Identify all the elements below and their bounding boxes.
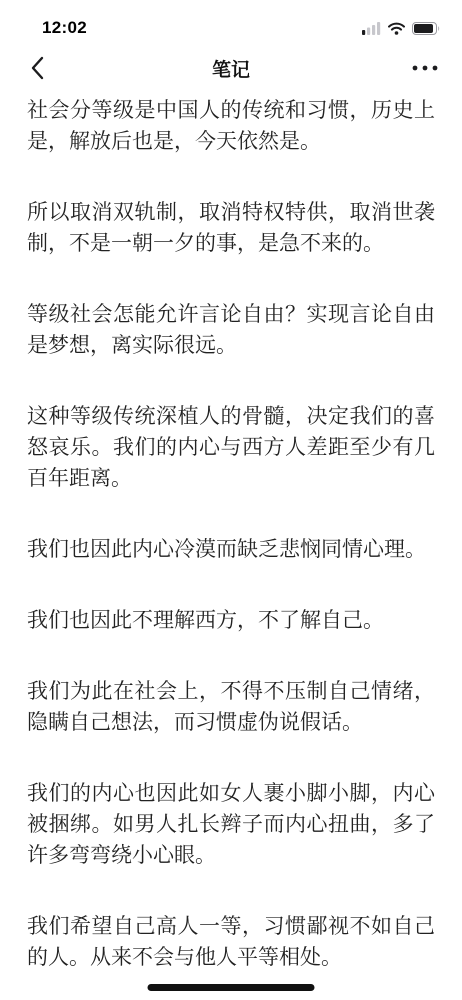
note-paragraph: 这种等级传统深植人的骨髓，决定我们的喜怒哀乐。我们的内心与西方人差距至少有几百年… xyxy=(27,401,435,494)
battery-icon xyxy=(412,22,440,35)
note-paragraph: 我们希望自己高人一等，习惯鄙视不如自己的人。从来不会与他人平等相处。 xyxy=(27,911,435,973)
note-paragraph: 我们也因此不理解西方，不了解自己。 xyxy=(27,605,435,636)
note-paragraph: 我们也因此内心冷漠而缺乏悲悯同情心理。 xyxy=(27,534,435,565)
note-paragraph: 等级社会怎能允许言论自由？实现言论自由是梦想，离实际很远。 xyxy=(27,299,435,361)
back-button[interactable] xyxy=(20,51,54,85)
cellular-signal-icon xyxy=(362,22,381,35)
more-button[interactable] xyxy=(408,51,442,85)
note-paragraph: 我们为此在社会上，不得不压制自己情绪，隐瞒自己想法，而习惯虚伪说假话。 xyxy=(27,676,435,738)
status-time: 12:02 xyxy=(42,18,87,38)
page-title: 笔记 xyxy=(0,55,462,82)
note-content[interactable]: 社会分等级是中国人的传统和习惯，历史上是，解放后也是，今天依然是。 所以取消双轨… xyxy=(0,90,462,973)
note-paragraph: 社会分等级是中国人的传统和习惯，历史上是，解放后也是，今天依然是。 xyxy=(27,95,435,157)
status-icons xyxy=(362,22,440,35)
home-indicator[interactable] xyxy=(148,984,315,991)
wifi-icon xyxy=(388,22,405,35)
note-paragraph: 所以取消双轨制，取消特权特供，取消世袭制，不是一朝一夕的事，是急不来的。 xyxy=(27,197,435,259)
status-bar: 12:02 xyxy=(0,0,462,46)
nav-bar: 笔记 xyxy=(0,46,462,90)
ellipsis-icon xyxy=(412,65,438,71)
chevron-left-icon xyxy=(31,56,44,80)
note-paragraph: 我们的内心也因此如女人裹小脚小脚，内心被捆绑。如男人扎长辫子而内心扭曲，多了许多… xyxy=(27,778,435,871)
